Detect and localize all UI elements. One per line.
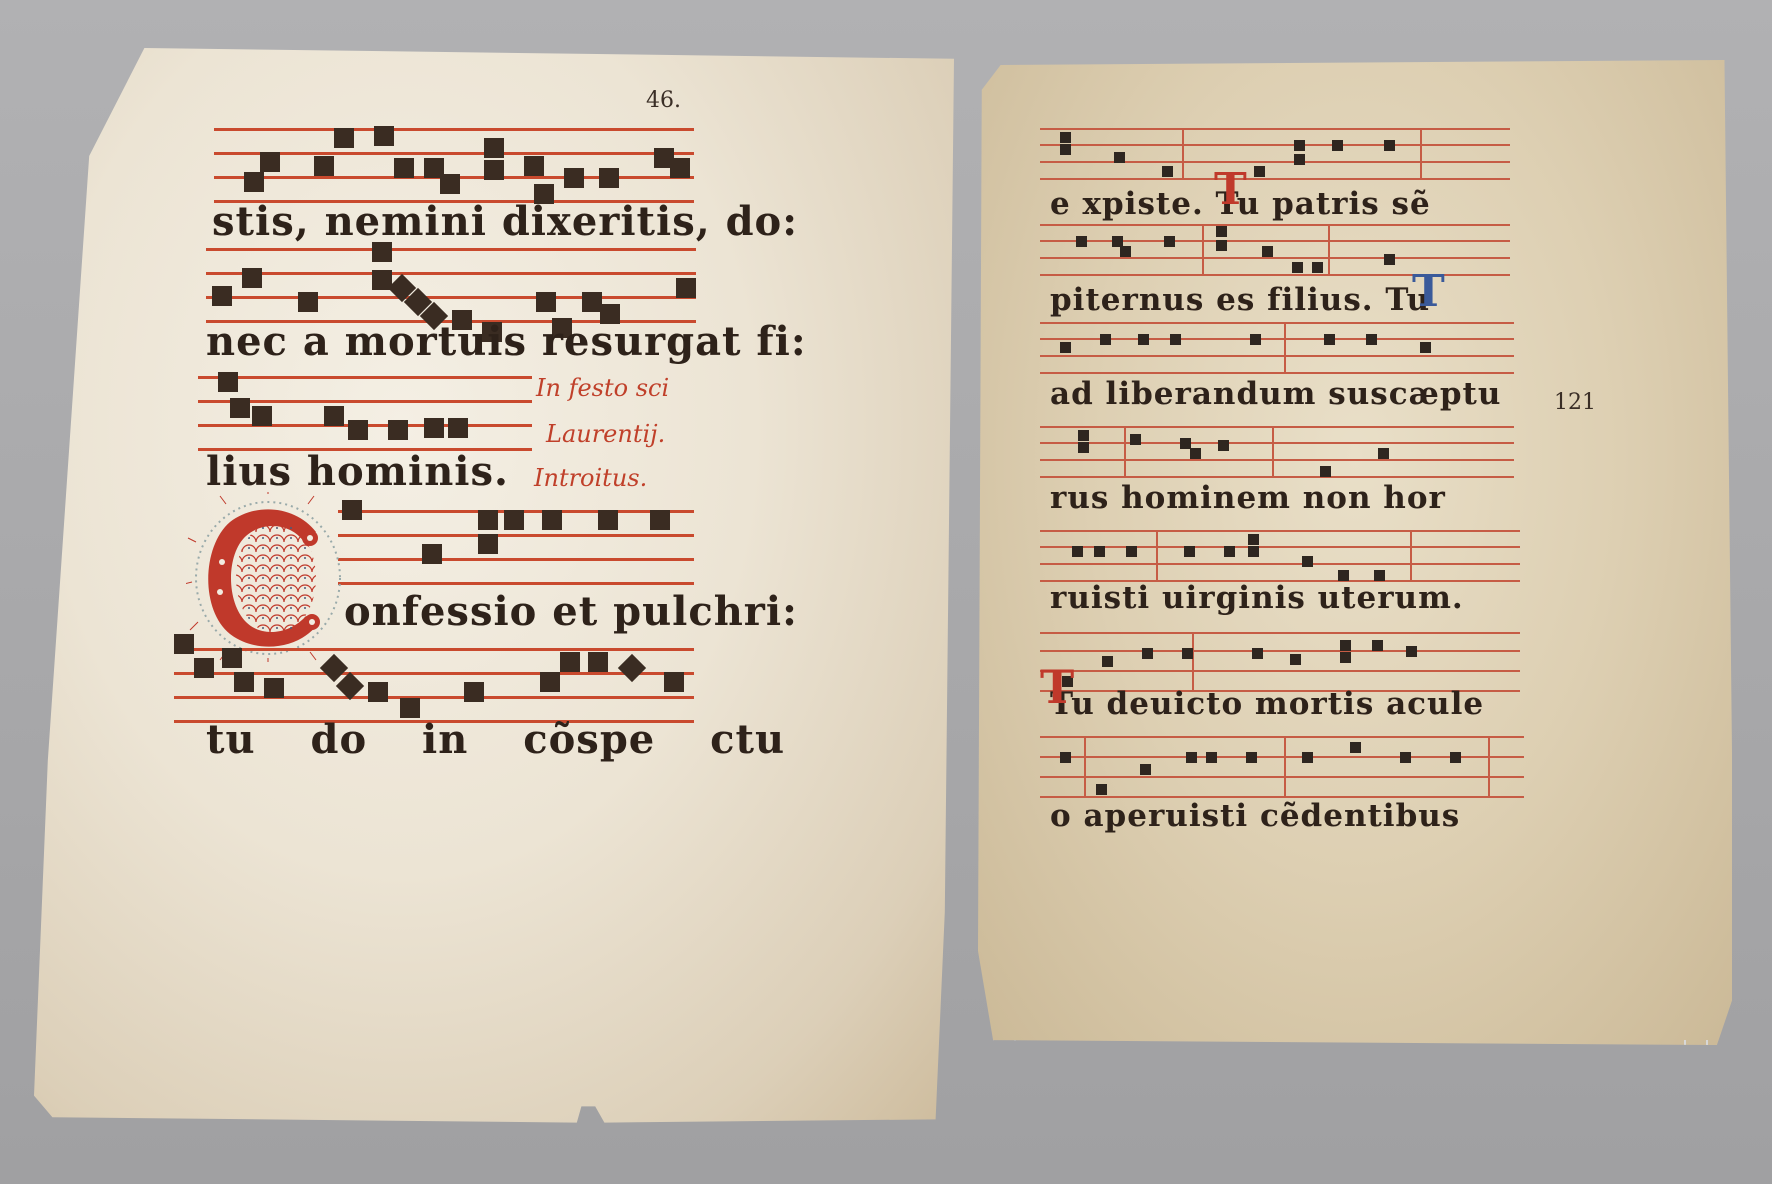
left-manuscript-leaf: 46. stis, nemini dixeritis, do: nec a mo… xyxy=(34,48,954,1128)
rubric-text: In festo sci xyxy=(536,374,669,402)
music-staff xyxy=(1040,530,1520,584)
music-staff xyxy=(1040,322,1514,376)
lyric-line: piternus es filius. Tu xyxy=(1050,282,1430,318)
red-initial-t: T xyxy=(1214,164,1247,215)
folio-number: 121 xyxy=(1554,390,1596,415)
red-initial-t: T xyxy=(1040,660,1074,714)
lyric-line: lius hominis. xyxy=(206,448,509,495)
music-staff xyxy=(1040,736,1524,796)
lyric-line: onfessio et pulchri: xyxy=(344,588,798,635)
lyric-line: rus hominem non hor xyxy=(1050,480,1446,516)
decorated-initial-c xyxy=(186,492,351,662)
lyric-line: tu do in cõspe ctu xyxy=(206,716,785,763)
lyric-line: ad liberandum suscæptu xyxy=(1050,376,1501,412)
music-staff xyxy=(1040,632,1520,692)
music-staff xyxy=(1040,426,1514,480)
lyric-line: nec a mortuis resurgat fi: xyxy=(206,318,807,365)
folio-number: 46. xyxy=(646,88,681,113)
rubric-text: Laurentij. xyxy=(546,420,665,448)
lyric-line: o aperuisti cẽdentibus xyxy=(1050,798,1460,834)
lyric-line: Tu deuicto mortis acule xyxy=(1050,686,1484,722)
lyric-line: stis, nemini dixeritis, do: xyxy=(212,198,798,245)
right-manuscript-leaf: 121 e xpiste. Tu patris sẽ piternus es f… xyxy=(978,60,1732,1050)
blue-initial-t: T xyxy=(1412,266,1445,317)
lyric-line: ruisti uirginis uterum. xyxy=(1050,580,1464,616)
music-staff xyxy=(1040,128,1510,182)
rubric-text: Introitus. xyxy=(534,464,647,492)
